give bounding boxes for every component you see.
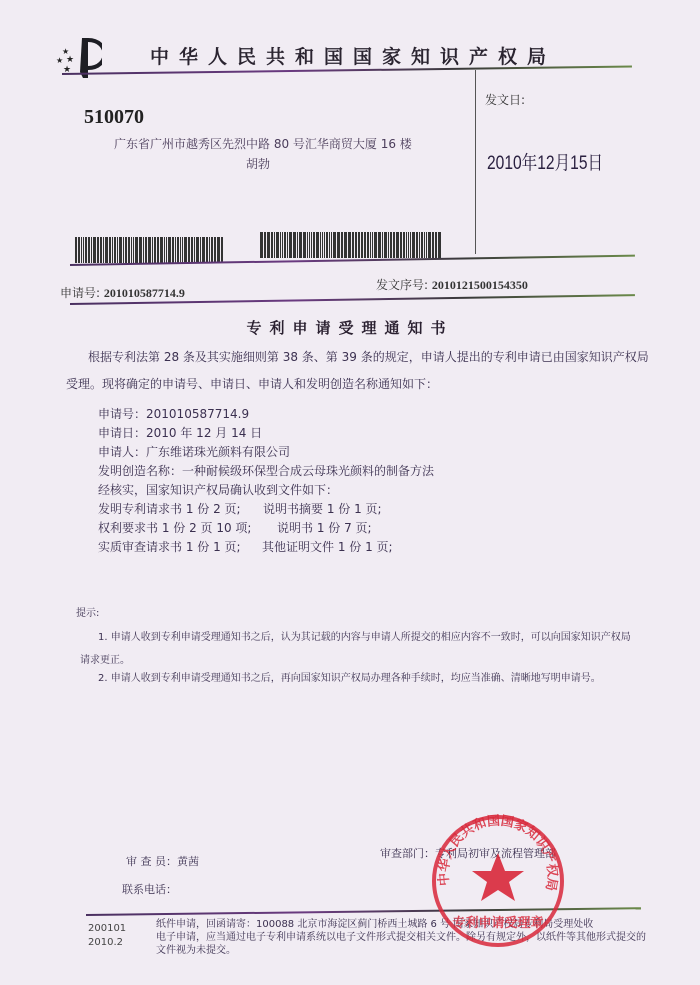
field-application-number: 申请号：201010587714.9	[98, 405, 249, 422]
recipient-address: 广东省广州市越秀区先烈中路 80 号汇华商贸大厦 16 楼	[114, 135, 412, 152]
serial-number-label: 发文序号:	[376, 278, 428, 292]
hint-item-1-cont: 请求更正。	[80, 651, 130, 666]
form-code: 200101 2010.2	[88, 922, 126, 950]
notice-title: 专利申请受理通知书	[0, 317, 700, 338]
hints-title: 提示:	[76, 604, 99, 619]
body-paragraph-2: 受理。现将确定的申请号、申请日、申请人和发明创造名称通知如下：	[66, 375, 438, 392]
issue-date-label: 发文日:	[485, 91, 525, 108]
field-verification: 经核实，国家知识产权局确认收到文件如下：	[98, 481, 338, 498]
examiner: 审 查 员：黄茜	[126, 853, 199, 869]
recipient-name: 胡勃	[246, 155, 270, 172]
svg-text:★: ★	[56, 56, 63, 65]
document-row: 实质审查请求书 1 份 1 页;	[98, 538, 241, 555]
field-invention-title: 发明创造名称：一种耐候级环保型合成云母珠光颜料的制备方法	[98, 462, 434, 479]
issue-date: 2010年12月15日	[487, 148, 603, 175]
serial-number: 2010121500154350	[432, 278, 528, 292]
serial-number-header: 发文序号: 2010121500154350	[376, 276, 528, 293]
application-number-label: 申请号:	[60, 286, 100, 300]
document-row: 其他证明文件 1 份 1 页;	[262, 538, 393, 555]
svg-text:★: ★	[66, 55, 74, 65]
barcode-serial	[260, 232, 443, 258]
contact-phone: 联系电话：	[122, 881, 177, 897]
barcode-application	[75, 237, 227, 263]
organization-name: 中华人民共和国国家知识产权局	[150, 42, 556, 69]
hint-item-1: 1. 申请人收到专利申请受理通知书之后，认为其记载的内容与申请人所提交的相应内容…	[98, 628, 631, 643]
application-number-header: 申请号: 201010587714.9	[60, 284, 185, 301]
field-filing-date: 申请日：2010 年 12 月 14 日	[98, 424, 262, 441]
document-row: 权利要求书 1 份 2 页 10 项;	[98, 519, 251, 536]
postcode: 510070	[84, 106, 144, 129]
field-applicant: 申请人：广东维诺珠光颜料有限公司	[98, 443, 290, 460]
application-number: 201010587714.9	[104, 286, 185, 300]
document-row: 发明专利请求书 1 份 2 页;	[98, 500, 241, 517]
body-paragraph-1: 根据专利法第 28 条及其实施细则第 38 条、第 39 条的规定，申请人提出的…	[88, 348, 649, 365]
footer-notice: 纸件申请，回函请寄：100088 北京市海淀区蓟门桥西土城路 6 号 国家知识产…	[156, 918, 656, 957]
hint-item-2: 2. 申请人收到专利申请受理通知书之后，再向国家知识产权局办理各种手续时，均应当…	[98, 669, 601, 684]
date-divider	[475, 70, 476, 254]
official-seal-icon: 中华人民共和国国家知识产权局 专利申请受理章	[428, 811, 568, 951]
svg-text:专利申请受理章: 专利申请受理章	[452, 915, 543, 931]
document-row: 说明书 1 份 7 页;	[277, 519, 372, 536]
document-row: 说明书摘要 1 份 1 页;	[263, 500, 382, 517]
